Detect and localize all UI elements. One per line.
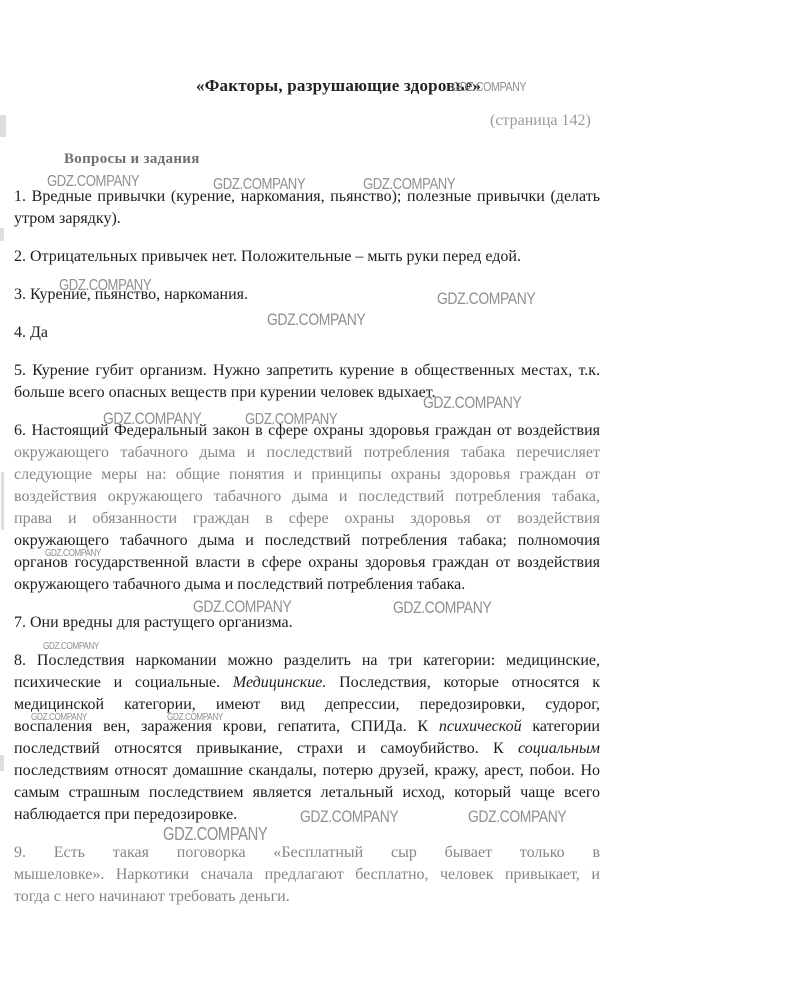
gdz-company-watermark: GDZ.COMPANY [47,173,139,191]
text-segment: органов государственной власти в сфере о… [14,554,600,571]
text-line: воздействия окружающего табачного дыма и… [14,486,600,508]
gdz-company-watermark: GDZ.COMPANY [163,824,267,845]
gdz-company-watermark: GDZ.COMPANY [267,310,365,330]
text-segment: наблюдается при передозировке. [14,806,237,823]
text-line: права и обязанности граждан в сфере охра… [14,508,600,530]
text-segment: окружающего табачного дыма и последствий… [14,444,600,461]
answer-paragraph: 2. Отрицательных привычек нет. Положител… [14,246,600,268]
text-line: последствиям относят домашние скандалы, … [14,760,600,782]
italic-term: Медицинские. [233,674,327,691]
text-segment: утром зарядку). [14,210,121,227]
answer-paragraph: 7. Они вредны для растущего организма. [14,612,600,634]
gdz-company-watermark: GDZ.COMPANY [167,712,223,723]
italic-term: социальным [518,740,600,757]
gdz-company-watermark: GDZ.COMPANY [59,277,151,295]
gdz-company-watermark: GDZ.COMPANY [43,641,99,652]
text-segment: 2. Отрицательных привычек нет. Положител… [14,248,521,265]
text-line: воспаления вен, заражения крови, гепатит… [14,716,600,738]
text-line: самым страшным последствием является лет… [14,782,600,804]
scan-artifact [1,472,4,530]
text-line: утром зарядку). [14,208,600,230]
gdz-company-watermark: GDZ.COMPANY [213,176,305,194]
text-line: 2. Отрицательных привычек нет. Положител… [14,246,600,268]
scan-artifact [0,755,4,771]
text-segment: тогда с него начинают требовать деньги. [14,888,290,905]
gdz-company-watermark: GDZ.COMPANY [103,409,201,429]
text-segment: воздействия окружающего табачного дыма и… [14,488,600,505]
gdz-company-watermark: GDZ.COMPANY [423,393,521,413]
text-segment: окружающего табачного дыма и последствий… [14,532,600,549]
text-line: следующие меры на: общие понятия и принц… [14,464,600,486]
text-segment: 5. Курение губит организм. Нужно запрети… [14,362,600,379]
gdz-company-watermark: GDZ.COMPANY [245,411,337,429]
text-line: органов государственной власти в сфере о… [14,552,600,574]
text-line: окружающего табачного дыма и последствий… [14,530,600,552]
italic-term: психической [439,718,522,735]
text-line: окружающего табачного дыма и последствий… [14,442,600,464]
answer-paragraph: 1. Вредные привычки (курение, наркомания… [14,186,600,230]
scanned-document-page: «Факторы, разрушающие здоровье» (страниц… [0,0,812,1004]
text-segment: права и обязанности граждан в сфере охра… [14,510,600,527]
text-segment: больше всего опасных веществ при курении… [14,384,436,401]
answer-paragraph: 6. Настоящий Федеральный закон в сфере о… [14,420,600,596]
text-line: последствий относятся привыкание, страхи… [14,738,600,760]
text-segment: последствиям относят домашние скандалы, … [14,762,600,779]
gdz-company-watermark: GDZ.COMPANY [363,176,455,194]
answer-paragraph: 8. Последствия наркомании можно разделит… [14,650,600,826]
text-segment: Последствия, которые относятся к [326,674,600,691]
text-line: психические и социальные. Медицинские. П… [14,672,600,694]
document-title: «Факторы, разрушающие здоровье» [196,76,481,96]
text-line: 5. Курение губит организм. Нужно запрети… [14,360,600,382]
gdz-company-watermark: GDZ.COMPANY [45,548,101,559]
text-segment: 8. Последствия наркомании можно разделит… [14,652,600,669]
text-segment: последствий относятся привыкание, страхи… [14,740,518,757]
text-line: тогда с него начинают требовать деньги. [14,886,600,908]
text-segment: категории [522,718,600,735]
text-line: 9. Есть такая поговорка «Бесплатный сыр … [14,842,600,864]
text-line: 8. Последствия наркомании можно разделит… [14,650,600,672]
text-line: 7. Они вредны для растущего организма. [14,612,600,634]
gdz-company-watermark: GDZ.COMPANY [31,712,87,723]
gdz-company-watermark: GDZ.COMPANY [452,79,526,94]
page-reference: (страница 142) [490,112,591,130]
text-segment: мышеловке». Наркотики сначала предлагают… [14,866,600,883]
text-line: медицинской категории, имеют вид депресс… [14,694,600,716]
text-segment: медицинской категории, имеют вид депресс… [14,696,600,713]
text-segment: окружающего табачного дыма и последствий… [14,576,465,593]
answer-paragraph: 9. Есть такая поговорка «Бесплатный сыр … [14,842,600,908]
text-segment: психические и социальные. [14,674,233,691]
gdz-company-watermark: GDZ.COMPANY [468,807,566,827]
text-segment: следующие меры на: общие понятия и принц… [14,466,600,483]
section-heading: Вопросы и задания [64,151,200,168]
text-segment: самым страшным последствием является лет… [14,784,600,801]
text-line: мышеловке». Наркотики сначала предлагают… [14,864,600,886]
gdz-company-watermark: GDZ.COMPANY [300,807,398,827]
gdz-company-watermark: GDZ.COMPANY [393,598,491,618]
text-line: окружающего табачного дыма и последствий… [14,574,600,596]
gdz-company-watermark: GDZ.COMPANY [437,289,535,309]
text-segment: 9. Есть такая поговорка «Бесплатный сыр … [14,844,600,861]
gdz-company-watermark: GDZ.COMPANY [193,597,291,617]
scan-artifact [0,228,4,241]
text-segment: 4. Да [14,324,48,341]
scan-artifact [0,115,6,137]
